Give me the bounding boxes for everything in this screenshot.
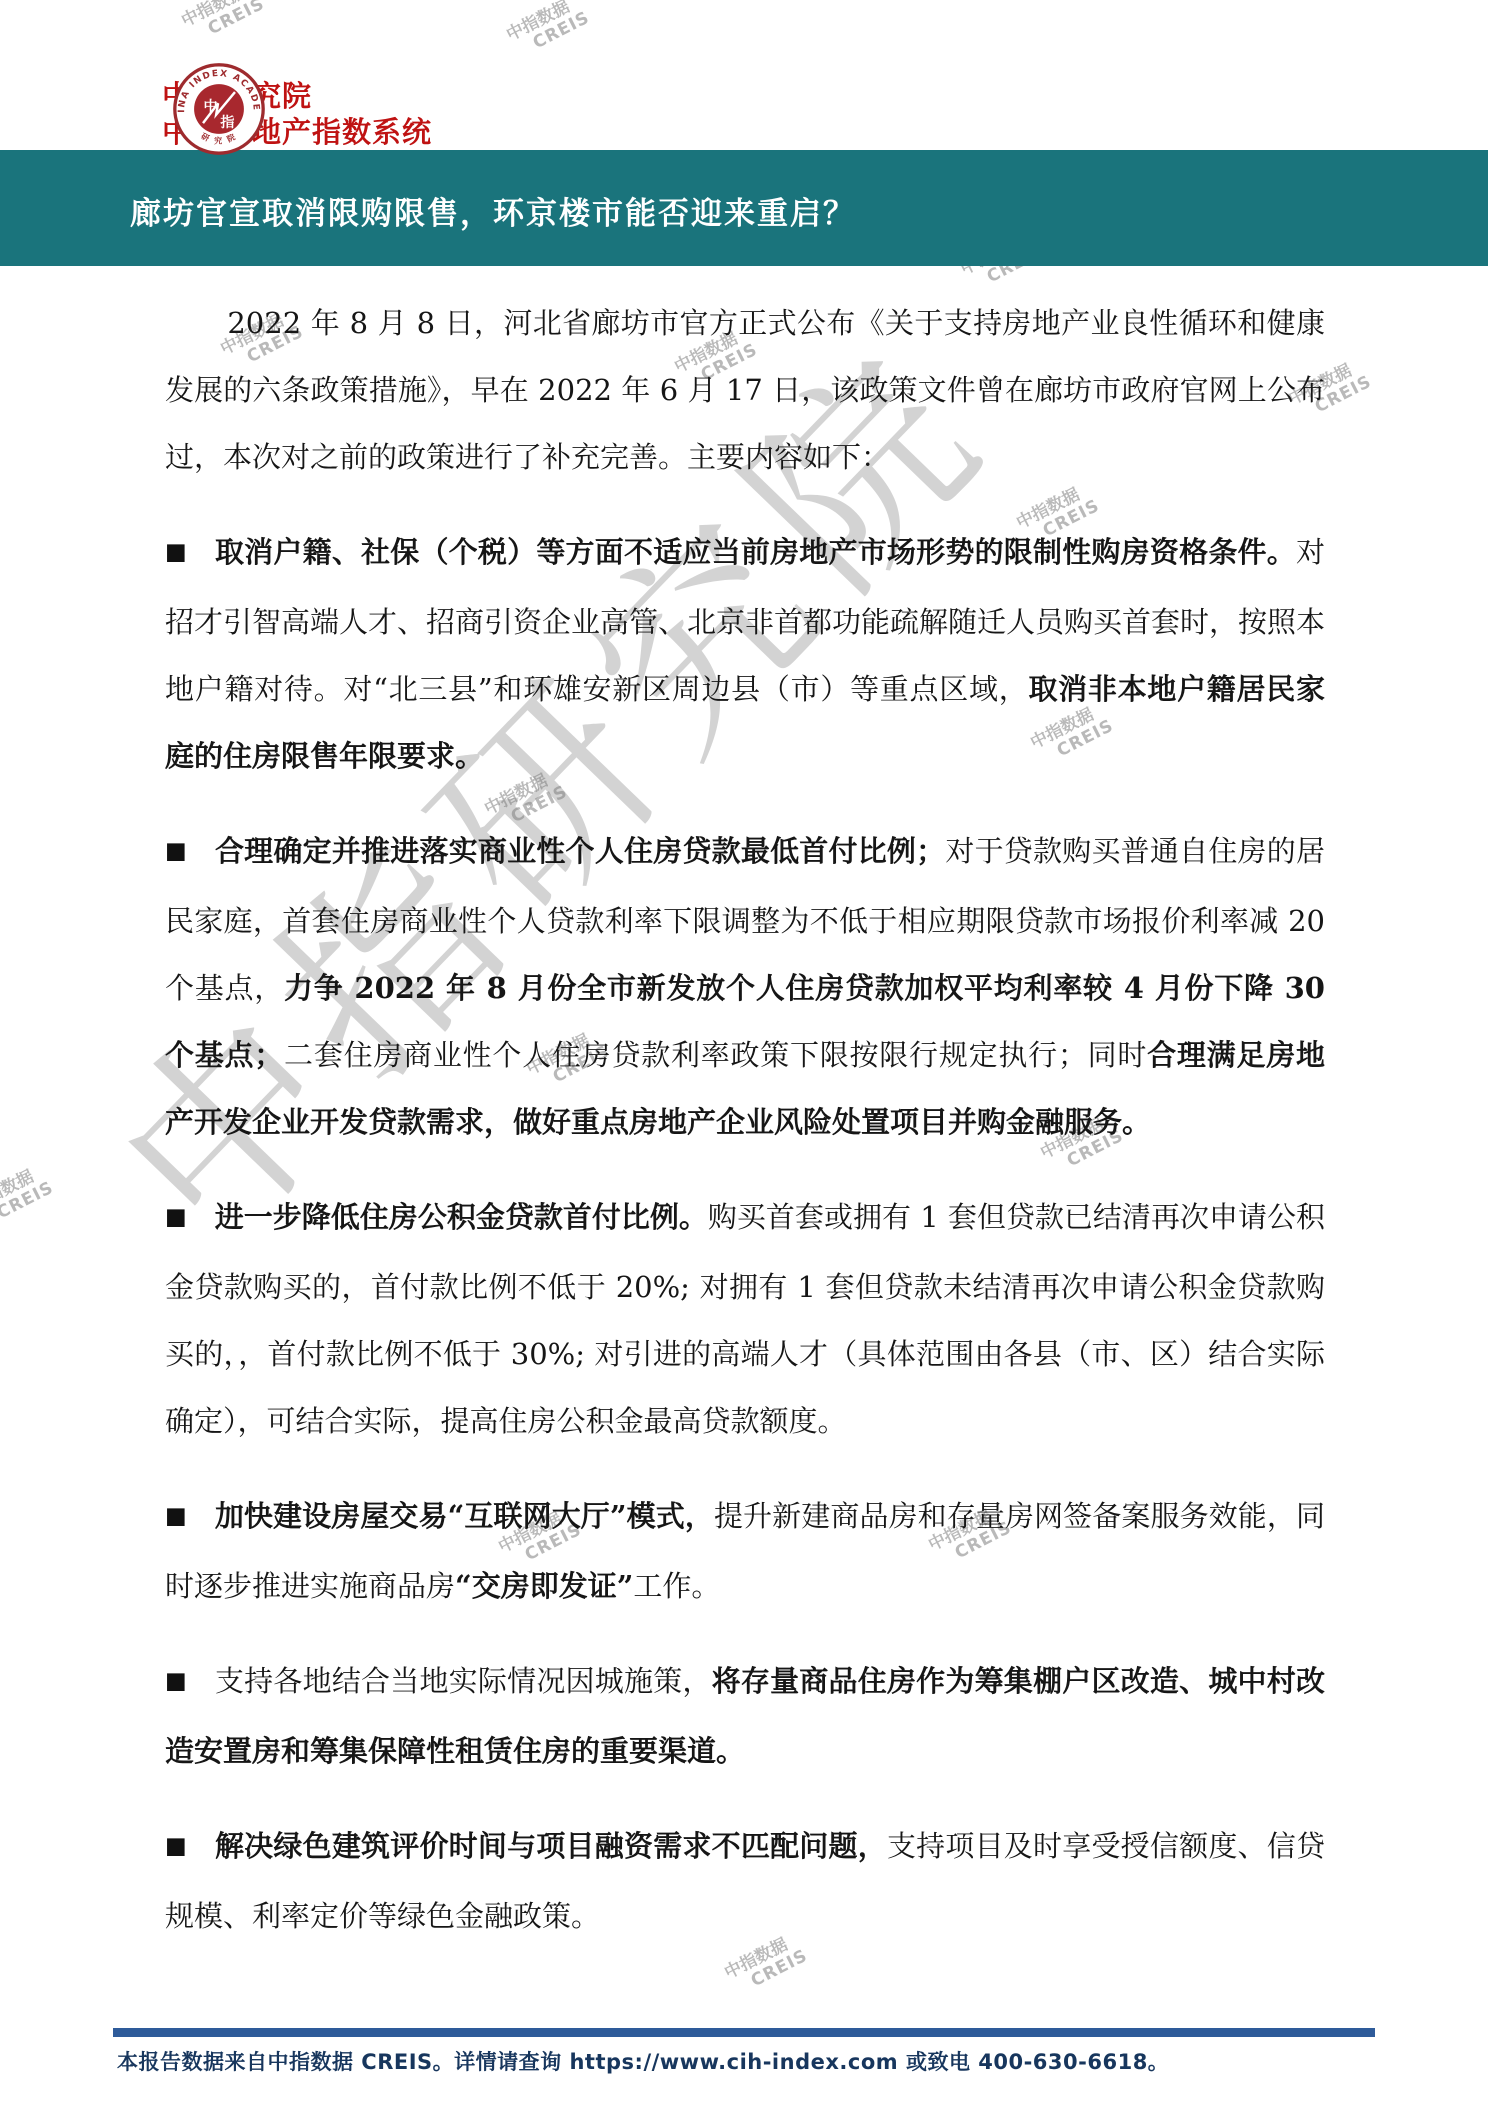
watermark-small: 中指数据CREIS	[0, 1162, 57, 1233]
bullet-paragraph: ■合理确定并推进落实商业性个人住房贷款最低首付比例；对于贷款购买普通自住房的居民…	[165, 818, 1325, 1156]
seal-char-zhong: 中	[203, 98, 217, 115]
bullet-paragraph: ■取消户籍、社保（个税）等方面不适应当前房地产市场形势的限制性购房资格条件。对招…	[165, 519, 1325, 790]
company-seal-logo: CHINA INDEX ACADEMY 中 指 研 究 院	[172, 62, 266, 156]
text-segment: 合理确定并推进落实商业性个人住房贷款最低首付比例；	[215, 834, 945, 868]
bullet-paragraph: ■加快建设房屋交易“互联网大厅”模式，提升新建商品房和存量房网签备案服务效能，同…	[165, 1483, 1325, 1620]
footer-rule	[113, 2028, 1375, 2037]
bullet-marker-icon: ■	[165, 1648, 187, 1715]
report-page: 中指研究院 中指数据CREIS中指数据CREIS中指数据CREIS中指数据CRE…	[0, 0, 1488, 2104]
text-segment: 工作。	[633, 1569, 720, 1603]
page-title: 廊坊官宣取消限购限售，环京楼市能否迎来重启？	[130, 188, 856, 233]
bullet-marker-icon: ■	[165, 1813, 187, 1880]
text-segment: 支持各地结合当地实际情况因城施策，	[215, 1664, 712, 1698]
text-segment: 2022 年 8 月 8 日，河北省廊坊市官方正式公布《关于支持房地产业良性循环…	[165, 306, 1325, 474]
text-segment: 进一步降低住房公积金贷款首付比例。	[215, 1200, 708, 1234]
footer-note: 本报告数据来自中指数据 CREIS。详情请查询 https://www.cih-…	[117, 2046, 1417, 2076]
seal-char-zhi: 指	[220, 114, 234, 131]
bullet-paragraph: ■进一步降低住房公积金贷款首付比例。购买首套或拥有 1 套但贷款已结清再次申请公…	[165, 1184, 1325, 1455]
text-segment: 加快建设房屋交易“互联网大厅”模式，	[215, 1499, 714, 1533]
text-segment: “交房即发证”	[455, 1569, 633, 1603]
bullet-paragraph: ■解决绿色建筑评价时间与项目融资需求不匹配问题，支持项目及时享受授信额度、信贷规…	[165, 1813, 1325, 1950]
bullet-marker-icon: ■	[165, 818, 187, 885]
text-segment: 取消户籍、社保（个税）等方面不适应当前房地产市场形势的限制性购房资格条件。	[215, 535, 1296, 569]
header: 中指研究院 中国房地产指数系统 CHINA INDEX ACADEMY 中 指 …	[0, 0, 1488, 150]
bullet-marker-icon: ■	[165, 1184, 187, 1251]
bullet-marker-icon: ■	[165, 1483, 187, 1550]
text-segment: 解决绿色建筑评价时间与项目融资需求不匹配问题，	[215, 1829, 887, 1863]
text-segment: 购买首套或拥有 1 套但贷款已结清再次申请公积金贷款购买的，首付款比例不低于 2…	[165, 1200, 1325, 1438]
text-segment: 二套住房商业性个人住房贷款利率政策下限按限行规定执行；同时	[283, 1038, 1147, 1072]
article-body: 2022 年 8 月 8 日，河北省廊坊市官方正式公布《关于支持房地产业良性循环…	[165, 290, 1325, 1978]
bullet-marker-icon: ■	[165, 519, 187, 586]
intro-paragraph: 2022 年 8 月 8 日，河北省廊坊市官方正式公布《关于支持房地产业良性循环…	[165, 290, 1325, 491]
title-banner: 廊坊官宣取消限购限售，环京楼市能否迎来重启？	[0, 150, 1488, 266]
bullet-paragraph: ■支持各地结合当地实际情况因城施策，将存量商品住房作为筹集棚户区改造、城中村改造…	[165, 1648, 1325, 1785]
seal-core	[194, 84, 244, 134]
